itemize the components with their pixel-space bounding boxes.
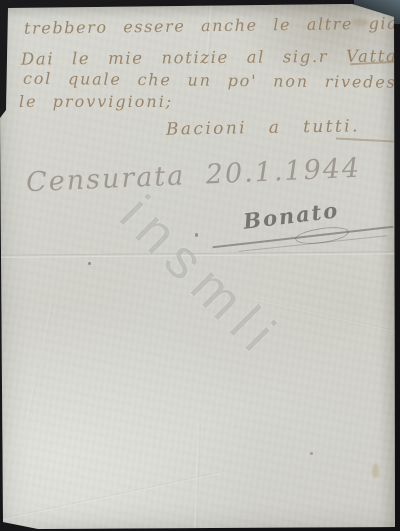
age-speck (88, 262, 91, 265)
letter-photo: insmli trebbero essere anche le altre gi… (0, 0, 400, 531)
letter-paper: insmli trebbero essere anche le altre gi… (0, 0, 400, 531)
handwriting-line-5: Bacioni a tutti. (166, 116, 360, 139)
handwriting-line-2: Dai le mie notizie al sig.r Vatta (21, 46, 398, 68)
signature-loop (294, 224, 350, 246)
handwriting-line-3: col quale che un po' non rivedessero (23, 69, 400, 92)
stain-spot (372, 464, 379, 478)
crease-line (194, 424, 201, 531)
censor-note: Censurata 20.1.1944 (25, 153, 361, 199)
pen-flourish (336, 137, 394, 142)
age-speck (310, 452, 313, 455)
crease-line (0, 472, 219, 526)
crease-line (20, 301, 53, 448)
handwriting-line-4: le provvigioni; (19, 92, 173, 111)
handwriting-line-1: trebbero essere anche le altre gialle (24, 13, 400, 38)
